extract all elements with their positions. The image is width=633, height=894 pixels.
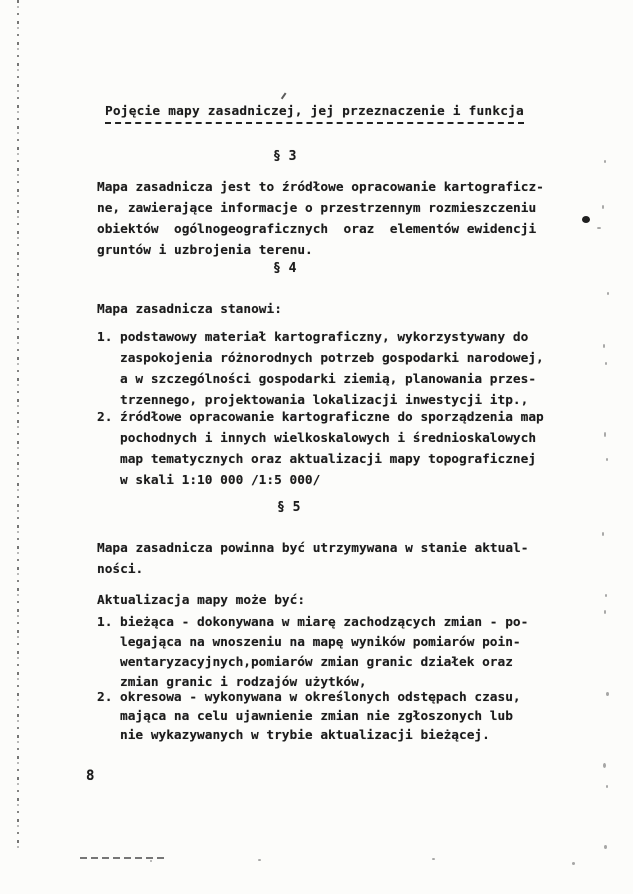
scan-speck	[604, 160, 606, 163]
section-mark-4: § 4	[273, 261, 296, 276]
section-mark-3: § 3	[273, 149, 296, 164]
paragraph-s5-intro: Aktualizacja mapy może być:	[97, 590, 305, 611]
scan-speck	[604, 845, 607, 849]
list-item-text: źródłowe opracowanie kartograficzne do s…	[120, 407, 544, 491]
paragraph-s4-intro: Mapa zasadnicza stanowi:	[97, 299, 282, 320]
list-item-s4-1: 1. podstawowy materiał kartograficzny, w…	[97, 327, 544, 411]
s4-intro-text: Mapa zasadnicza stanowi:	[97, 299, 282, 320]
section-mark-5: § 5	[277, 500, 300, 515]
scan-edge-artifact-left	[17, 0, 19, 853]
scan-speck	[603, 763, 606, 768]
scan-speck	[607, 292, 609, 295]
list-number: 1.	[97, 327, 120, 411]
list-item-s4-2: 2. źródłowe opracowanie kartograficzne d…	[97, 407, 544, 491]
list-item-text: bieżąca - dokonywana w miarę zachodzącyc…	[120, 613, 528, 693]
scan-speck	[604, 432, 606, 437]
page-title: Pojęcie mapy zasadniczej, jej przeznacze…	[105, 104, 524, 124]
scan-speck	[605, 594, 607, 597]
list-item-text: okresowa - wykonywana w określonych odst…	[120, 688, 521, 745]
scan-speck	[602, 205, 604, 209]
s5-intro-text: Aktualizacja mapy może być:	[97, 590, 305, 611]
page-title-text: Pojęcie mapy zasadniczej, jej przeznacze…	[105, 104, 524, 124]
scan-edge-artifact-bottom	[80, 857, 168, 859]
scan-speck	[606, 692, 609, 696]
scan-speck	[603, 344, 605, 348]
list-number: 2.	[97, 407, 120, 491]
scanned-document-page: Pojęcie mapy zasadniczej, jej przeznacze…	[0, 0, 633, 894]
list-item-s5-2: 2. okresowa - wykonywana w określonych o…	[97, 688, 521, 745]
list-item-text: podstawowy materiał kartograficzny, wyko…	[120, 327, 544, 411]
scan-speck	[432, 858, 435, 860]
scan-speck	[606, 458, 608, 461]
scan-speck	[572, 862, 575, 865]
page-number: 8	[86, 768, 94, 784]
paragraph-s3-body: Mapa zasadnicza jest to źródłowe opracow…	[97, 177, 544, 261]
scan-mark-artifact	[281, 92, 286, 99]
list-number: 2.	[97, 688, 120, 745]
scan-speck	[602, 532, 604, 536]
scan-speck	[604, 610, 606, 614]
scan-speck	[605, 362, 607, 365]
list-number: 1.	[97, 613, 120, 693]
scan-speck	[597, 227, 601, 229]
scan-speck	[150, 860, 152, 862]
scan-speck	[606, 785, 608, 788]
ink-blot-artifact	[582, 216, 590, 223]
scan-speck	[258, 859, 261, 861]
list-item-s5-1: 1. bieżąca - dokonywana w miarę zachodzą…	[97, 613, 528, 693]
paragraph-s5-body: Mapa zasadnicza powinna być utrzymywana …	[97, 538, 528, 580]
